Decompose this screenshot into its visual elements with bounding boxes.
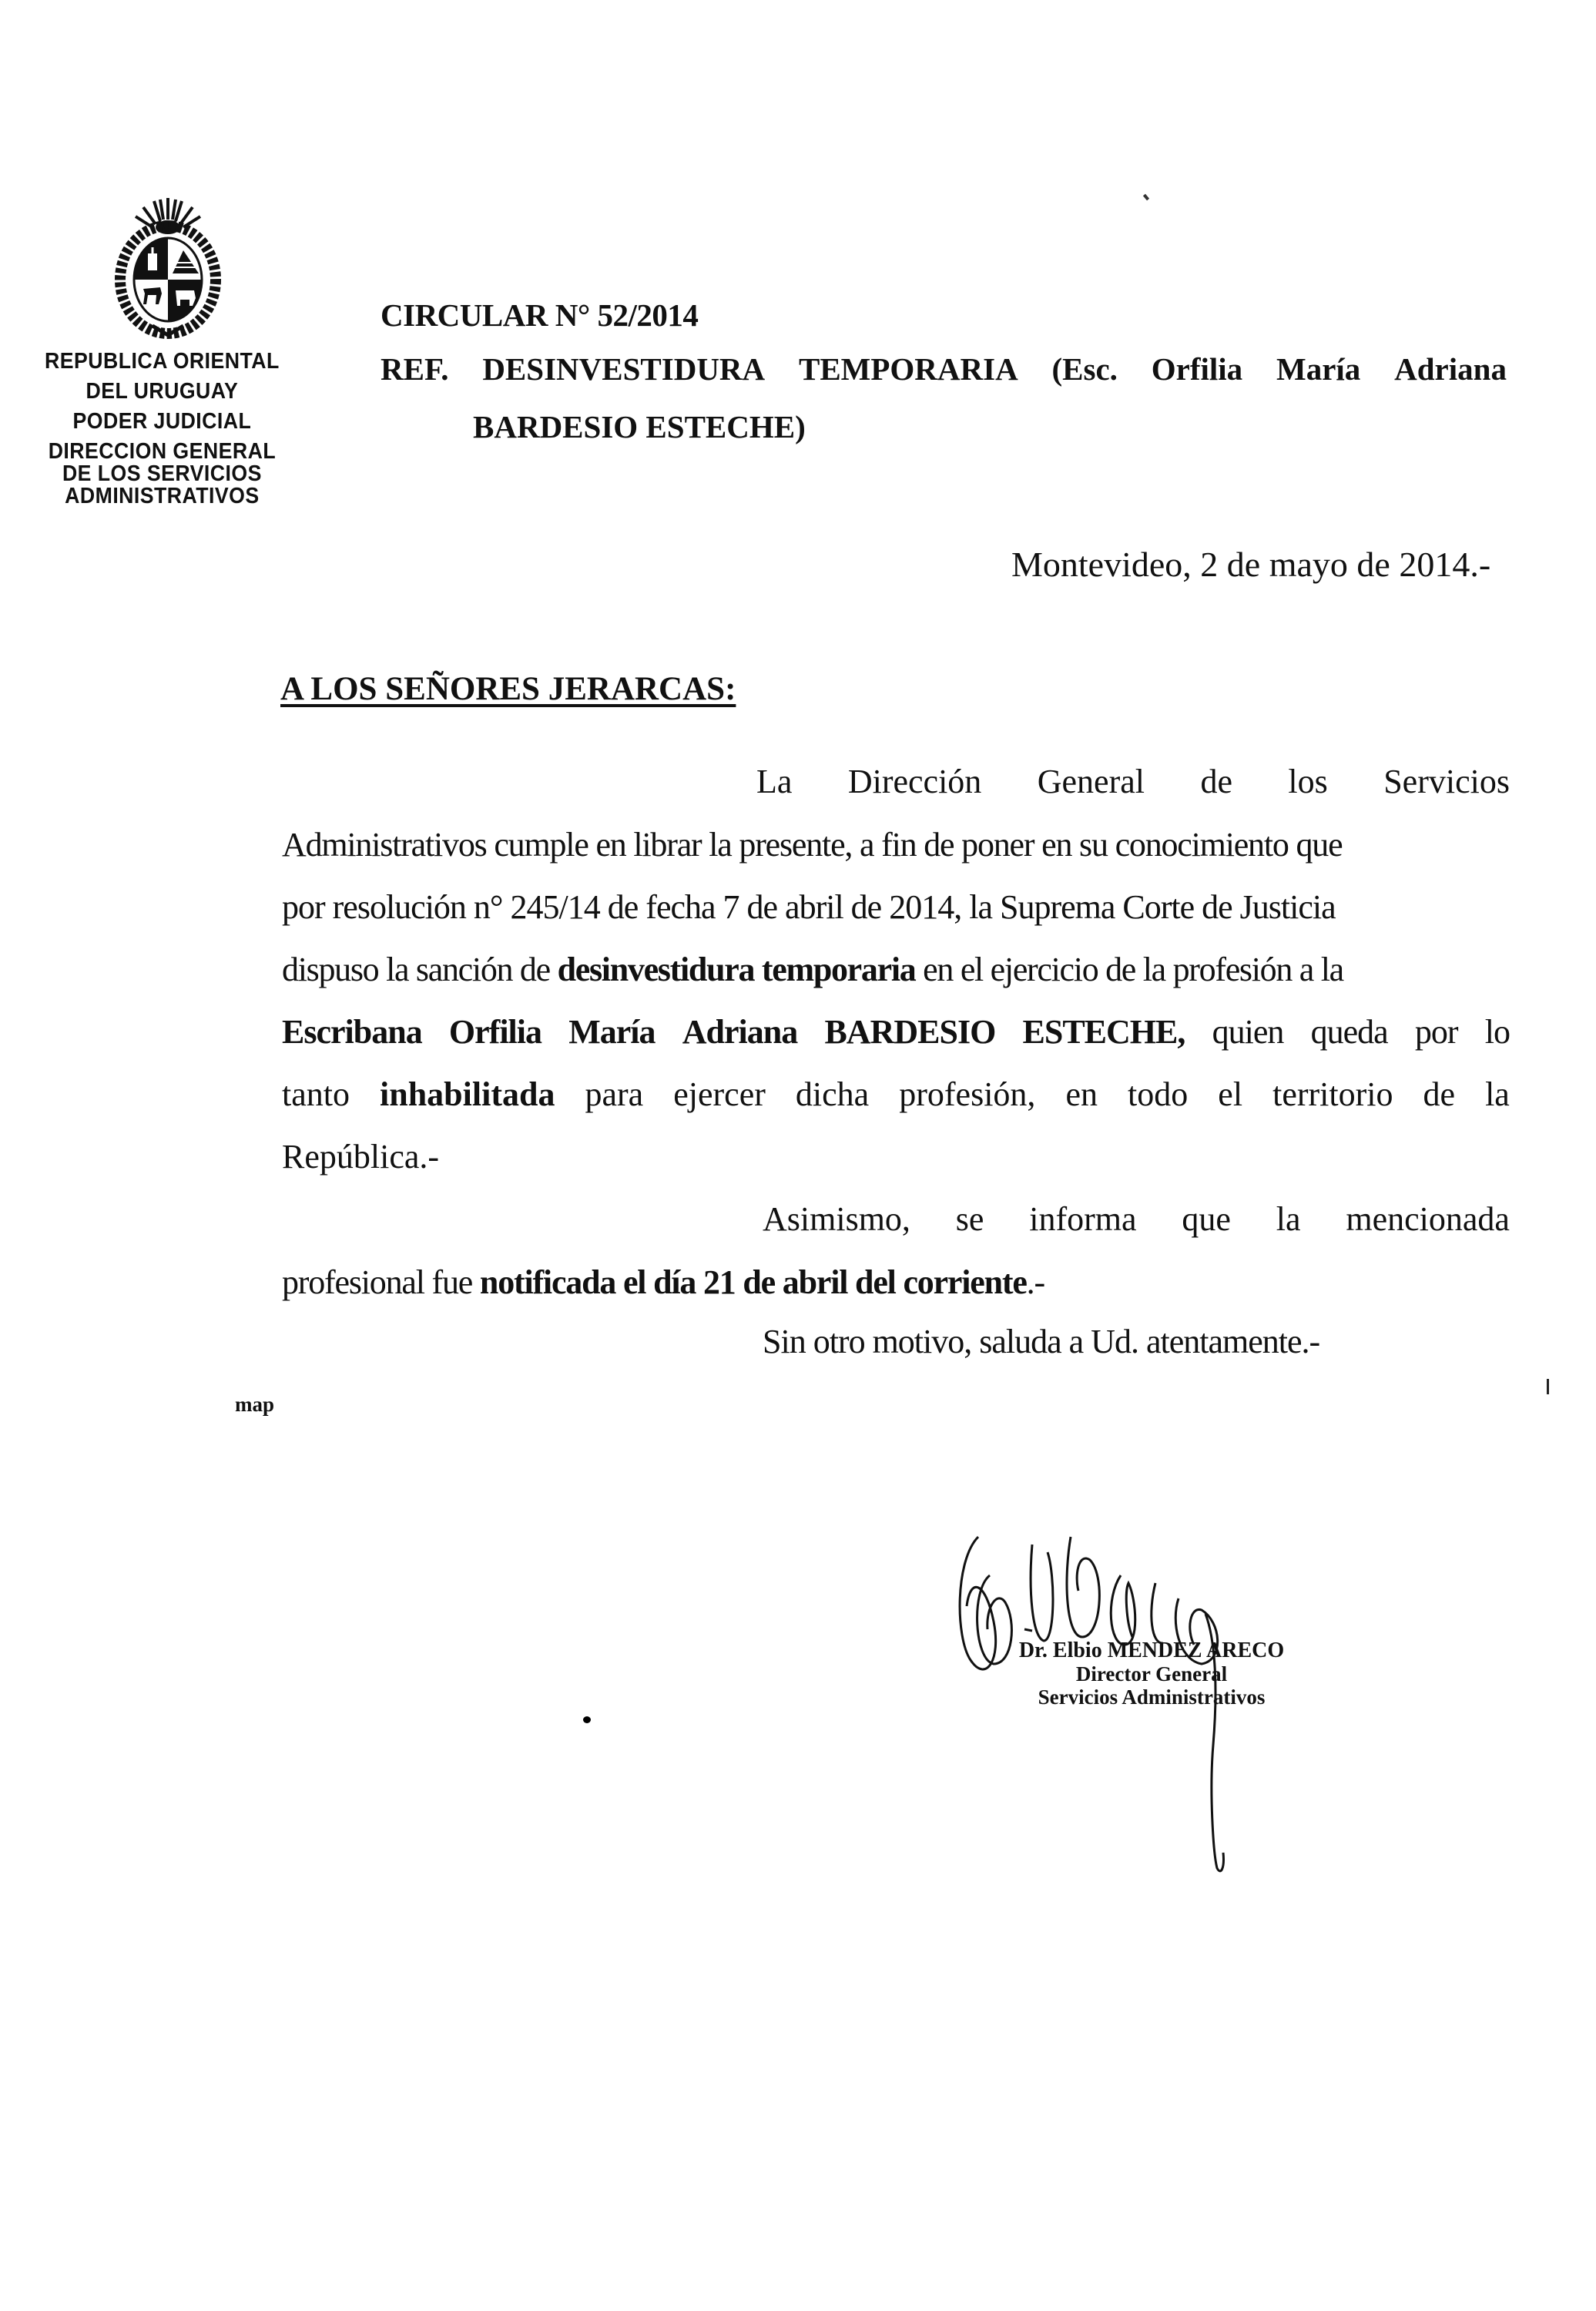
ref-word: María (1276, 351, 1360, 387)
emphasis-name: BARDESIO (824, 1013, 995, 1052)
signatory-title: Director General (997, 1662, 1306, 1685)
word: General (1038, 763, 1145, 801)
word: territorio (1272, 1075, 1393, 1114)
emphasis-name: Orfilia (449, 1013, 541, 1052)
body-line: La Dirección General de los Servicios (756, 763, 1510, 801)
ref-word: Orfilia (1152, 351, 1242, 387)
body-line: por resolución n° 245/14 de fecha 7 de a… (282, 888, 1336, 927)
document-page: REPUBLICA ORIENTAL DEL URUGUAY PODER JUD… (0, 0, 1596, 2311)
letterhead-institution: REPUBLICA ORIENTAL DEL URUGUAY PODER JUD… (42, 351, 283, 508)
word: La (756, 763, 792, 801)
closing-line: Sin otro motivo, saluda a Ud. atentament… (763, 1323, 1319, 1361)
emphasis-notification: notificada el día 21 de abril del corrie… (480, 1263, 1027, 1301)
word: Asimismo, (763, 1200, 910, 1239)
signatory-department: Servicios Administrativos (997, 1685, 1306, 1709)
word: quien (1212, 1013, 1284, 1052)
place-and-date: Montevideo, 2 de mayo de 2014.- (1011, 544, 1490, 585)
word: de (1423, 1075, 1456, 1114)
word: por (1415, 1013, 1458, 1052)
body-line: profesional fue notificada el día 21 de … (282, 1263, 1044, 1302)
emphasis-name: Escribana (282, 1013, 422, 1052)
ref-word: (Esc. (1052, 351, 1118, 387)
word: de (1200, 763, 1232, 801)
word: lo (1485, 1013, 1510, 1052)
scan-artifact-mark (1547, 1379, 1549, 1394)
emphasis-sanction: desinvestidura temporaria (558, 951, 916, 988)
reference-line: REF. DESINVESTIDURA TEMPORARIA (Esc. Orf… (381, 351, 1507, 387)
body-line: tanto inhabilitada para ejercer dicha pr… (282, 1075, 1510, 1114)
body-line: Administrativos cumple en librar la pres… (282, 826, 1342, 864)
letterhead-line: DEL URUGUAY (42, 381, 283, 403)
body-line: Asimismo, se informa que la mencionada (763, 1200, 1510, 1239)
coat-of-arms-icon (114, 196, 222, 339)
emphasis-name: María (568, 1013, 655, 1052)
word: que (1182, 1200, 1231, 1239)
word: para (585, 1075, 643, 1114)
letterhead-line: DE LOS SERVICIOS (42, 463, 283, 485)
word: dicha (796, 1075, 869, 1114)
body-line: Escribana Orfilia María Adriana BARDESIO… (282, 1013, 1510, 1052)
letterhead-line: PODER JUDICIAL (42, 411, 283, 433)
text-segment: en el ejercicio de la profesión a la (915, 951, 1343, 988)
word: mencionada (1346, 1200, 1510, 1239)
word: en (1065, 1075, 1098, 1114)
emphasis-name: ESTECHE, (1023, 1013, 1185, 1052)
text-segment: dispuso la sanción de (282, 951, 558, 988)
word: los (1288, 763, 1327, 801)
reference-line-continued: BARDESIO ESTECHE) (473, 408, 806, 445)
word: todo (1128, 1075, 1188, 1114)
signature-block: Dr. Elbio MENDEZ ARECO Director General … (997, 1639, 1306, 1709)
word: el (1218, 1075, 1242, 1114)
scan-artifact-dot (583, 1716, 591, 1723)
letterhead-line: DIRECCION GENERAL (42, 441, 283, 463)
word: queda (1311, 1013, 1388, 1052)
word: Servicios (1383, 763, 1510, 801)
word: la (1276, 1200, 1301, 1239)
ref-word: Adriana (1394, 351, 1507, 387)
word: Dirección (848, 763, 981, 801)
ref-word: REF. (381, 351, 449, 387)
ref-word: DESINVESTIDURA (482, 351, 765, 387)
word: profesión, (899, 1075, 1035, 1114)
typist-initials: map (235, 1393, 274, 1417)
letterhead-line: ADMINISTRATIVOS (42, 485, 283, 508)
signatory-name: Dr. Elbio MENDEZ ARECO (997, 1639, 1306, 1662)
word: la (1485, 1075, 1510, 1114)
ref-word: TEMPORARIA (799, 351, 1018, 387)
text-segment: profesional fue (282, 1263, 480, 1301)
word: ejercer (673, 1075, 766, 1114)
circular-number: CIRCULAR N° 52/2014 (381, 297, 698, 334)
letterhead-line: REPUBLICA ORIENTAL (42, 351, 283, 373)
emphasis-name: Adriana (682, 1013, 797, 1052)
scan-artifact-mark (1143, 194, 1149, 201)
word: se (956, 1200, 984, 1239)
body-line: dispuso la sanción de desinvestidura tem… (282, 951, 1343, 989)
emphasis-disqualified: inhabilitada (380, 1075, 555, 1114)
salutation: A LOS SEÑORES JERARCAS: (280, 670, 736, 708)
word: informa (1029, 1200, 1136, 1239)
body-line: República.- (282, 1138, 439, 1176)
word: tanto (282, 1075, 350, 1114)
text-segment: .- (1027, 1263, 1044, 1301)
